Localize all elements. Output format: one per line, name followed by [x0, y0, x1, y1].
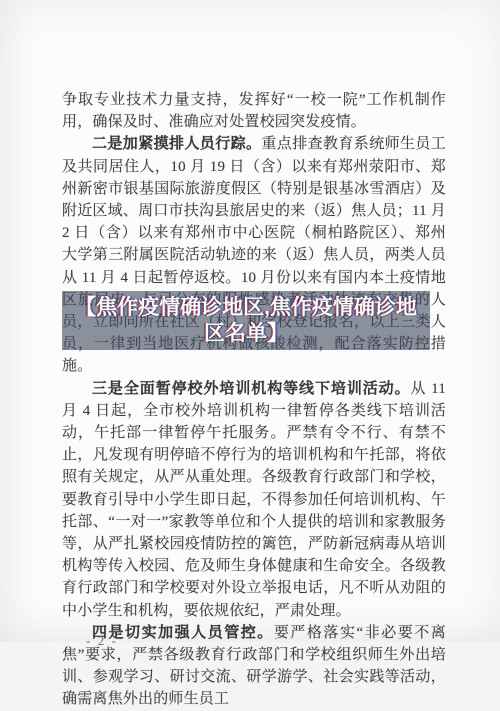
paragraph-text: 从 11 月 4 日起，全市校外培训机构一律暂停各类线下培训活动，午托部一律暂停… — [62, 381, 446, 619]
document-body-text: 争取专业技术力量支持，发挥好“一校一院”工作机制作用，确保及时、准确应对处置校园… — [62, 89, 446, 642]
scanned-page: 争取专业技术力量支持，发挥好“一校一院”工作机制作用，确保及时、准确应对处置校园… — [0, 0, 500, 642]
section-3-heading: 三是全面暂停校外培训机构等线下培训活动。 — [92, 380, 411, 397]
overlay-title-line1: 【焦作疫情确诊地区,焦作疫情确诊地 — [75, 296, 417, 319]
paragraph-continuation: 争取专业技术力量支持，发挥好“一校一院”工作机制作用，确保及时、准确应对处置校园… — [62, 89, 446, 133]
overlay-title-banner: 【焦作疫情确诊地区,焦作疫情确诊地 区名单】 — [62, 291, 430, 350]
page-number: - 2 - — [72, 633, 132, 642]
overlay-title-line2: 区名单】 — [204, 322, 288, 345]
section-2-heading: 二是加紧摸排人员行踪。 — [92, 135, 261, 152]
paragraph-section-3: 三是全面暂停校外培训机构等线下培训活动。从 11 月 4 日起，全市校外培训机构… — [62, 378, 446, 622]
overlay-title: 【焦作疫情确诊地区,焦作疫情确诊地 区名单】 — [62, 295, 430, 347]
paragraph-text: 争取专业技术力量支持，发挥好“一校一院”工作机制作用，确保及时、准确应对处置校园… — [62, 92, 446, 130]
